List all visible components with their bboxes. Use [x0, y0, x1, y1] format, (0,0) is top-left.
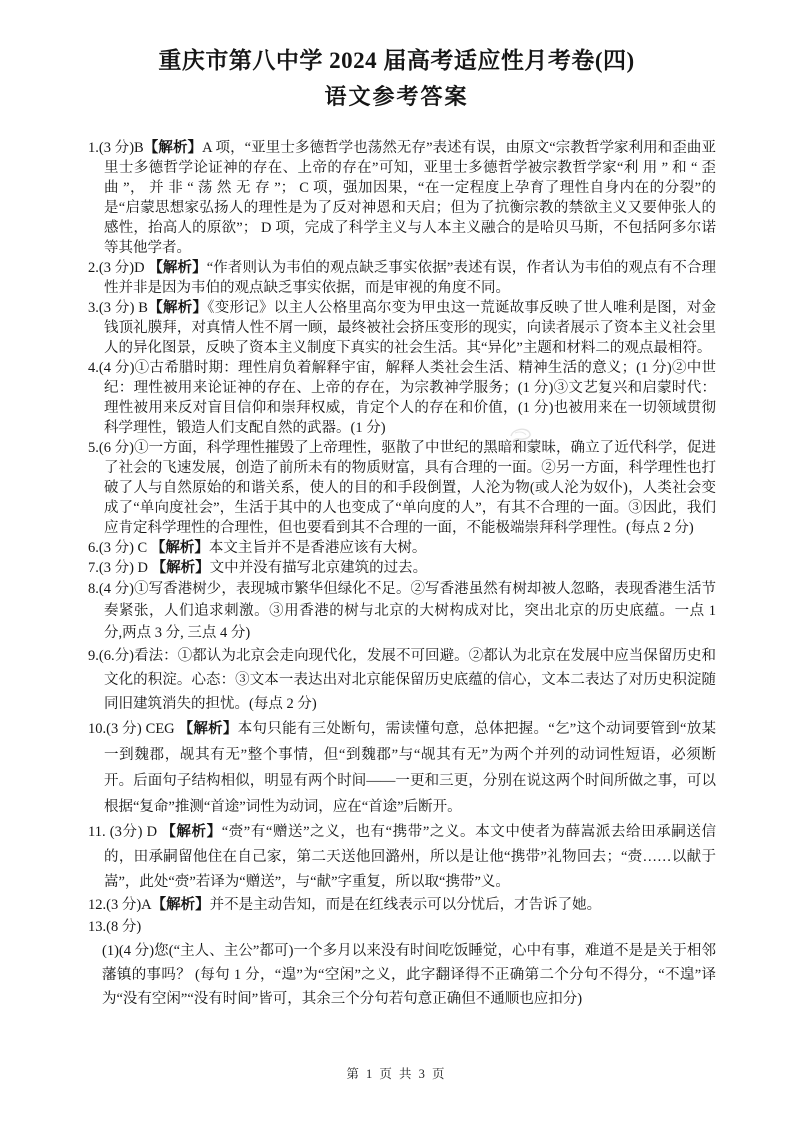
answer-number: 7.(3 分) D: [88, 560, 152, 576]
answer-text: 看法：①都认为北京会走向现代化，发展不可回避。②都认为北京在发展中应当保留历史和…: [104, 648, 716, 712]
document-page: 重庆市第八中学 2024 届高考适应性月考卷(四) 语文参考答案 1.(3 分)…: [0, 0, 793, 1121]
page-title: 重庆市第八中学 2024 届高考适应性月考卷(四): [0, 46, 793, 76]
answer-item-7: 7.(3 分) D 【解析】文中并没有描写北京建筑的过去。: [88, 558, 716, 578]
answer-text: ①一方面，科学理性摧毁了上帝理性，驱散了中世纪的黑暗和蒙昧，确立了近代科学，促进…: [104, 440, 716, 536]
answer-item-13: 13.(8 分): [88, 915, 716, 939]
answer-number: 3.(3 分) B: [88, 300, 148, 316]
analysis-label: 【解析】: [148, 260, 206, 276]
answer-number: 5.(6 分): [88, 440, 134, 456]
analysis-label: 【解析】: [161, 824, 221, 840]
answer-number: 1.(3 分)B: [88, 140, 144, 156]
answer-item-11: 11. (3分) D 【解析】“赍”有“赠送”之义，也有“携带”之义。本文中使者…: [88, 820, 716, 895]
answer-text: 并不是主动告知，而是在红线表示可以分忧后，才告诉了她。: [210, 897, 602, 913]
answer-text: ①写香港树少，表现城市繁华但绿化不足。②写香港虽然有树却被人忽略，表现香港生活节…: [104, 581, 716, 641]
page-subtitle: 语文参考答案: [0, 82, 793, 112]
answer-number: 9.(6.分): [88, 648, 134, 664]
answer-number: 6.(3 分) C: [88, 540, 151, 556]
answer-number: 11. (3分) D: [88, 824, 161, 840]
answer-item-10: 10.(3 分) CEG 【解析】本句只能有三处断句，需读懂句意，总体把握。“乞…: [88, 716, 716, 820]
answer-number: 13.(8 分): [88, 919, 141, 935]
analysis-label: 【解析】: [144, 140, 202, 156]
document-header: 重庆市第八中学 2024 届高考适应性月考卷(四) 语文参考答案: [0, 0, 793, 112]
analysis-label: 【解析】: [152, 897, 210, 913]
answer-text: 本文主旨并不是香港应该有大树。: [209, 540, 427, 556]
answer-item-12: 12.(3 分)A【解析】并不是主动告知，而是在红线表示可以分忧后，才告诉了她。: [88, 895, 716, 915]
answer-number: 2.(3 分)D: [88, 260, 148, 276]
answers-body: 1.(3 分)B【解析】A 项，“亚里士多德哲学也荡然无存”表述有误，由原文“宗…: [88, 138, 716, 1011]
answer-item-5: 5.(6 分)①一方面，科学理性摧毁了上帝理性，驱散了中世纪的黑暗和蒙昧，确立了…: [88, 438, 716, 538]
answer-item-2: 2.(3 分)D 【解析】“作者则认为韦伯的观点缺乏事实依据”表述有误，作者认为…: [88, 258, 716, 298]
answer-text: 您(“主人、主公”都可)一个多月以来没有时间吃饭睡觉，心中有事，难道不是是关于相…: [102, 943, 716, 1007]
answer-item-13-sub-1: (1)(4 分)您(“主人、主公”都可)一个多月以来没有时间吃饭睡觉，心中有事，…: [88, 939, 716, 1011]
answer-text: ①古希腊时期：理性肩负着解释宇宙，解释人类社会生活、精神生活的意义；(1 分)②…: [104, 360, 716, 436]
answer-number: 4.(4 分): [88, 360, 134, 376]
answer-number: (1)(4 分): [102, 943, 154, 959]
analysis-label: 【解析】: [148, 300, 207, 316]
analysis-label: 【解析】: [151, 540, 209, 556]
answer-item-1: 1.(3 分)B【解析】A 项，“亚里士多德哲学也荡然无存”表述有误，由原文“宗…: [88, 138, 716, 258]
answer-item-6: 6.(3 分) C 【解析】本文主旨并不是香港应该有大树。: [88, 538, 716, 558]
answer-item-4: 4.(4 分)①古希腊时期：理性肩负着解释宇宙，解释人类社会生活、精神生活的意义…: [88, 358, 716, 438]
answer-text: A 项，“亚里士多德哲学也荡然无存”表述有误，由原文“宗教哲学家利用和歪曲亚里士…: [104, 140, 716, 256]
analysis-label: 【解析】: [179, 721, 238, 737]
answer-item-3: 3.(3 分) B【解析】《变形记》以主人公格里高尔变为甲虫这一荒诞故事反映了世…: [88, 298, 716, 358]
answer-text: 文中并没有描写北京建筑的过去。: [210, 560, 428, 576]
answer-item-9: 9.(6.分)看法：①都认为北京会走向现代化，发展不可回避。②都认为北京在发展中…: [88, 644, 716, 716]
page-number: 第 1 页 共 3 页: [0, 1064, 793, 1082]
analysis-label: 【解析】: [152, 560, 210, 576]
answer-number: 10.(3 分) CEG: [88, 721, 179, 737]
answer-number: 8.(4 分): [88, 581, 134, 597]
answer-item-8: 8.(4 分)①写香港树少，表现城市繁华但绿化不足。②写香港虽然有树却被人忽略，…: [88, 578, 716, 644]
answer-number: 12.(3 分)A: [88, 897, 152, 913]
